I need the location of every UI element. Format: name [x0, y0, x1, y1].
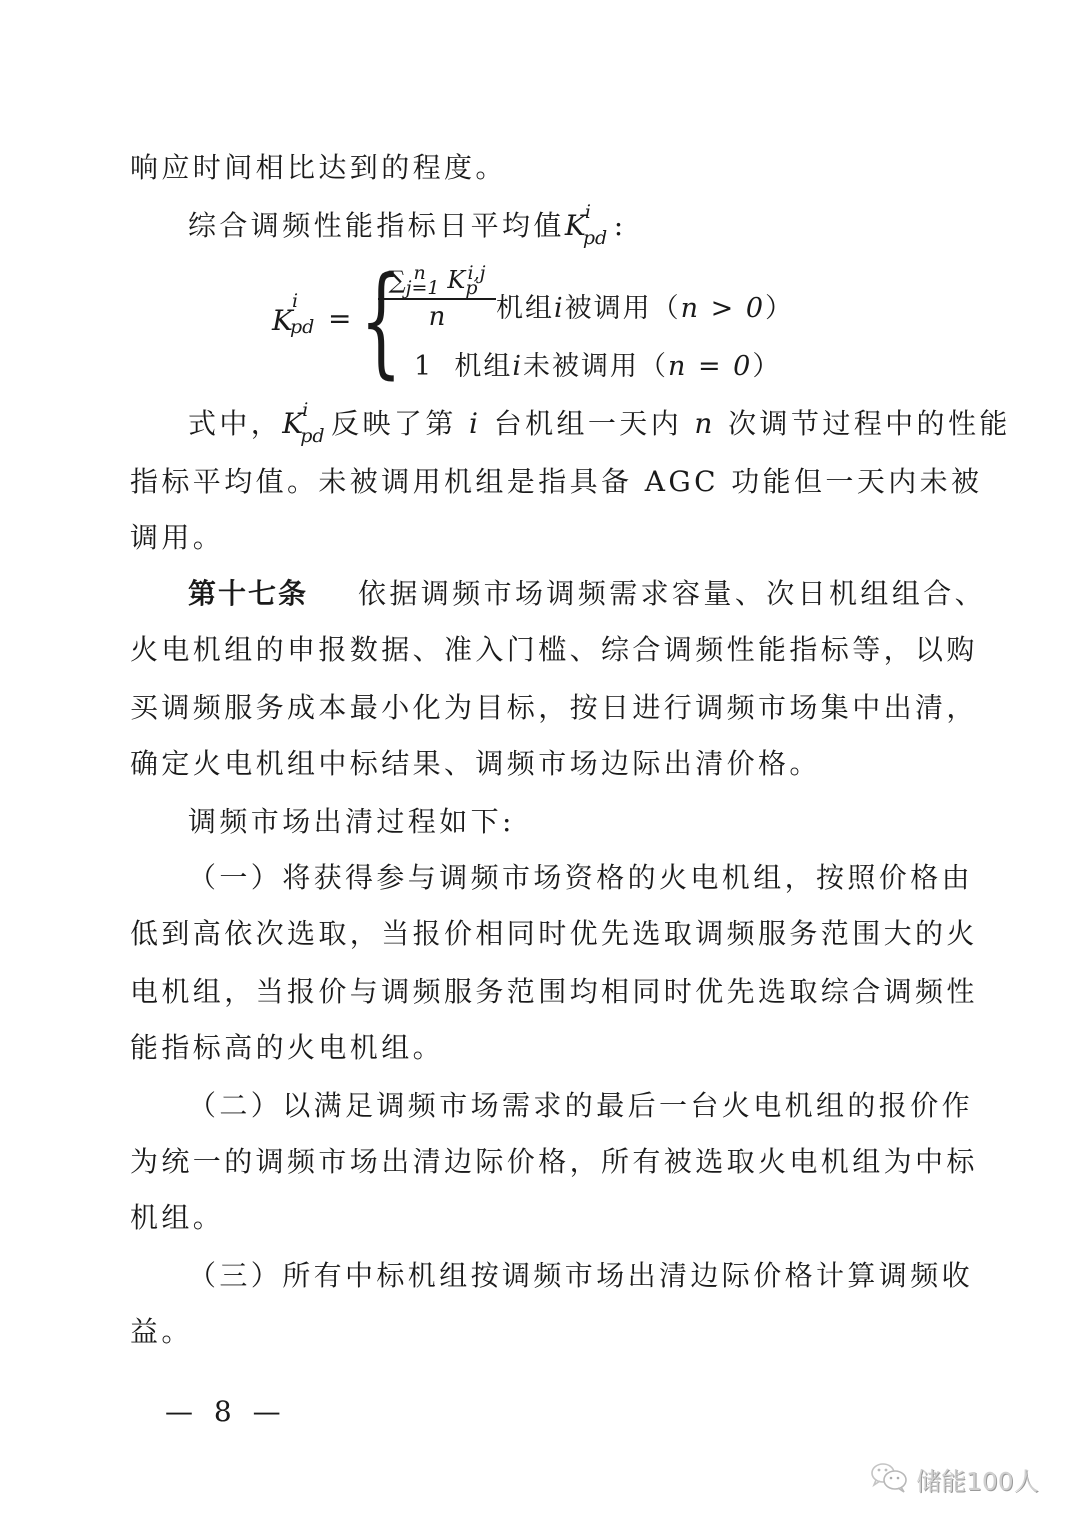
paragraph-line: 指标平均值。未被调用机组是指具备 AGC 功能但一天内未被	[130, 462, 920, 502]
fraction-denominator: n	[378, 300, 496, 334]
text: 调用。	[130, 521, 224, 554]
text: 调频市场出清过程如下:	[188, 805, 515, 838]
case-not-called: 1 机组i未被调用（n = 0）	[414, 344, 781, 383]
piecewise-formula: Kipd = { ∑j=1n Kpi,j n 机组i被调用（n > 0） 1 机…	[268, 262, 788, 392]
page-number: — 8 —	[165, 1395, 287, 1428]
text: 机组	[496, 293, 554, 324]
paragraph-line: 益。	[130, 1312, 920, 1352]
paragraph-line: 能指标高的火电机组。	[130, 1028, 920, 1068]
text: 电机组，当报价与调频服务范围均相同时优先选取综合调频性	[130, 975, 978, 1008]
paragraph-line: 第十七条依据调频市场调频需求容量、次日机组组合、	[188, 574, 920, 614]
superscript-i: i	[292, 290, 298, 312]
fraction-numerator: ∑j=1n Kpi,j	[378, 262, 496, 300]
symbol-k: K	[447, 266, 465, 294]
document-page: 响应时间相比达到的程度。 综合调频性能指标日平均值Kipd: Kipd = { …	[0, 0, 1080, 1527]
superscript-ij: i,j	[468, 262, 486, 284]
subscript-pd: pd	[300, 416, 324, 456]
paragraph-line: 电机组，当报价与调频服务范围均相同时优先选取综合调频性	[130, 972, 920, 1012]
equals-sign: =	[328, 302, 351, 335]
value-one: 1	[414, 351, 433, 382]
paragraph-line: （一）将获得参与调频市场资格的火电机组，按照价格由	[188, 858, 920, 898]
text: 未被调用（	[523, 351, 668, 382]
paragraph-line: （二）以满足调频市场需求的最后一台火电机组的报价作	[188, 1086, 920, 1126]
text: 指标平均值。未被调用机组是指具备 AGC 功能但一天内未被	[130, 465, 982, 498]
case-called: 机组i被调用（n > 0）	[496, 286, 794, 325]
text: 台机组一天内	[481, 407, 694, 440]
text: （一）将获得参与调频市场资格的火电机组，按照价格由	[188, 861, 973, 894]
text: 式中，	[188, 407, 282, 440]
fraction: ∑j=1n Kpi,j n	[378, 262, 496, 334]
watermark-text: 储能100人	[916, 1462, 1039, 1498]
var-n: n	[694, 407, 715, 440]
text: 机组	[454, 351, 512, 382]
paragraph-line: 式中，Kipd反映了第 i 台机组一天内 n 次调节过程中的性能	[188, 404, 920, 444]
paragraph-line: 机组。	[130, 1198, 920, 1238]
text: 被调用（	[565, 293, 681, 324]
formula-lhs: Kipd	[272, 304, 321, 337]
paragraph-line: 确定火电机组中标结果、调频市场边际出清价格。	[130, 744, 920, 784]
paragraph-line: 调用。	[130, 518, 920, 558]
text: 依据调频市场调频需求容量、次日机组组合、	[358, 577, 986, 610]
text: 机组。	[130, 1201, 224, 1234]
text: 综合调频性能指标日平均值	[188, 209, 565, 242]
condition: n = 0	[668, 351, 752, 382]
text: 反映了第	[331, 407, 469, 440]
text: 火电机组的申报数据、准入门槛、综合调频性能指标等，以购	[130, 633, 978, 666]
paragraph-line: 低到高依次选取，当报价相同时优先选取调频服务范围大的火	[130, 914, 920, 954]
text: 益。	[130, 1315, 193, 1348]
subscript-pd: pd	[583, 218, 607, 258]
paragraph-line: 响应时间相比达到的程度。	[130, 148, 920, 188]
text: 确定火电机组中标结果、调频市场边际出清价格。	[130, 747, 821, 780]
watermark: 储能100人	[870, 1460, 1039, 1500]
paragraph-line: 综合调频性能指标日平均值Kipd:	[188, 206, 920, 246]
sum-symbol: ∑	[388, 266, 405, 294]
kpd-symbol: Kipd	[272, 304, 321, 337]
text: （二）以满足调频市场需求的最后一台火电机组的报价作	[188, 1089, 973, 1122]
text: 买调频服务成本最小化为目标，按日进行调频市场集中出清，	[130, 691, 978, 724]
kpd-symbol: Kipd	[565, 206, 614, 246]
kpd-symbol: Kipd	[282, 404, 331, 444]
var-i: i	[554, 293, 565, 324]
text: 为统一的调频市场出清边际价格，所有被选取火电机组为中标	[130, 1145, 978, 1178]
paragraph-line: 火电机组的申报数据、准入门槛、综合调频性能指标等，以购	[130, 630, 920, 670]
paragraph-line: （三）所有中标机组按调频市场出清边际价格计算调频收	[188, 1256, 920, 1296]
text: 低到高依次选取，当报价相同时优先选取调频服务范围大的火	[130, 917, 978, 950]
text: 能指标高的火电机组。	[130, 1031, 444, 1064]
condition: n > 0	[681, 293, 765, 324]
paragraph-line: 买调频服务成本最小化为目标，按日进行调频市场集中出清，	[130, 688, 920, 728]
text: （三）所有中标机组按调频市场出清边际价格计算调频收	[188, 1259, 973, 1292]
text: :	[614, 209, 627, 242]
text: ）	[752, 351, 781, 382]
subscript-pd: pd	[290, 316, 314, 338]
text: 响应时间相比达到的程度。	[130, 151, 507, 184]
var-i: i	[469, 407, 481, 440]
paragraph-line: 调频市场出清过程如下:	[188, 802, 920, 842]
text: ）	[765, 293, 794, 324]
article-title: 第十七条	[188, 577, 308, 610]
var-i: i	[512, 351, 523, 382]
paragraph-line: 为统一的调频市场出清边际价格，所有被选取火电机组为中标	[130, 1142, 920, 1182]
text: 次调节过程中的性能	[716, 407, 1011, 440]
wechat-icon	[870, 1461, 910, 1499]
sum-upper-limit: n	[414, 262, 426, 284]
